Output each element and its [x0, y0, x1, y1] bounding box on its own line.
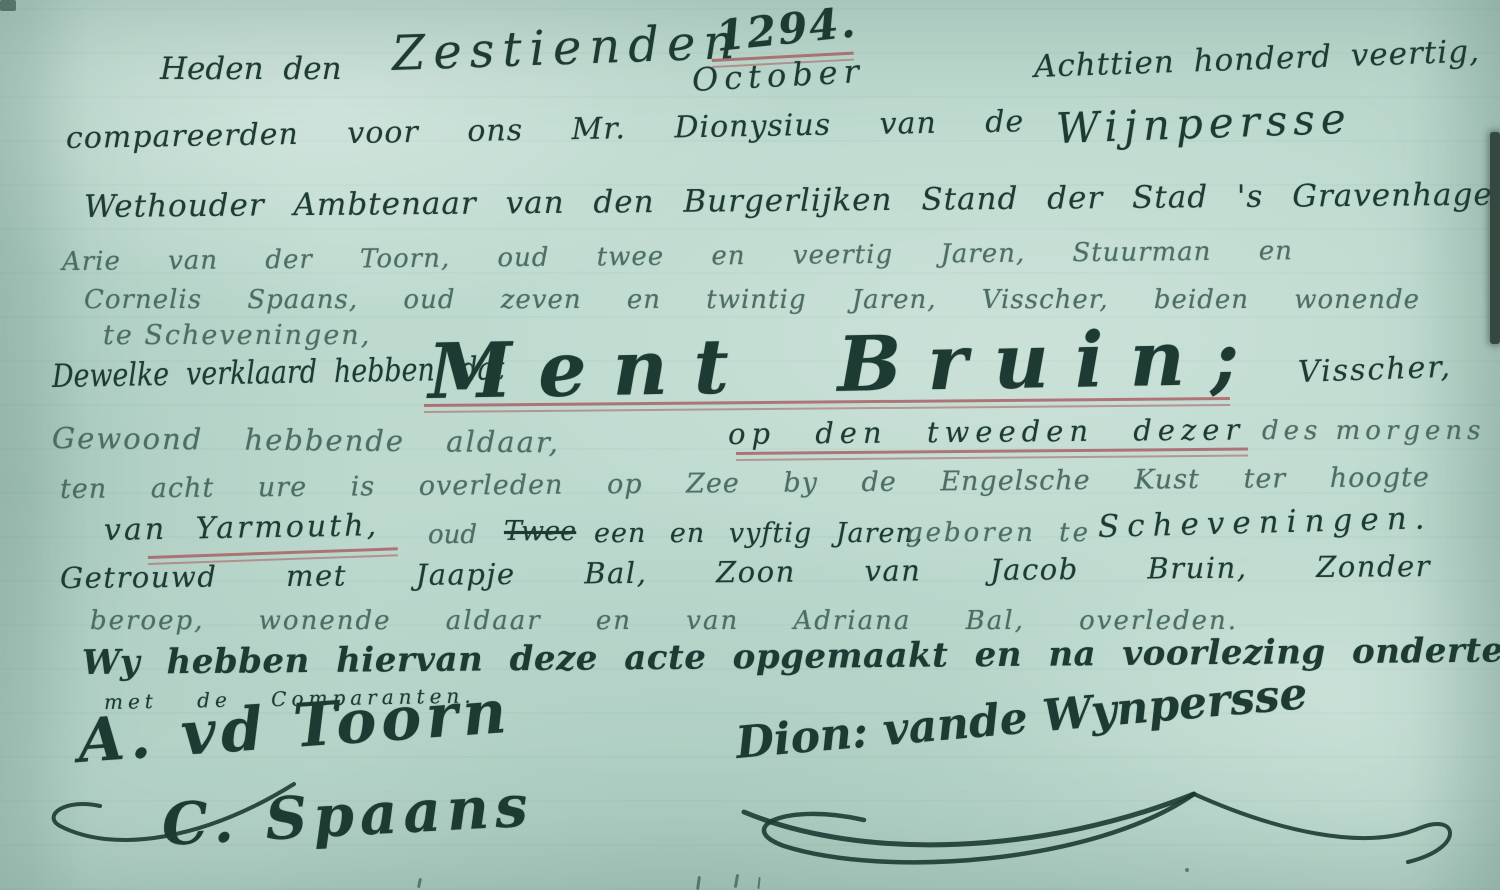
death-circumstances: ten acht ure is overleden op Zee by de E…	[60, 464, 1430, 503]
official-title-line: Wethouder Ambtenaar van den Burgerlijken…	[84, 179, 1500, 223]
official-surname: Wijnpersse	[1055, 98, 1352, 150]
signature-declarant-2: C. Spaans	[160, 777, 534, 854]
deceased-name: Ment Bruin;	[427, 319, 1265, 410]
death-place-phrase: van Yarmouth,	[104, 511, 380, 546]
death-time-suffix: des morgens	[1262, 418, 1486, 444]
signature-official: Dion: vande Wynpersse	[734, 672, 1309, 766]
family-line-2: beroep, wonende aldaar en van Adriana Ba…	[90, 608, 1238, 634]
death-certificate-page: 1294. Heden den Zestienden October Achtt…	[0, 0, 1500, 890]
date-line-prefix: Heden den	[160, 54, 342, 85]
appearance-line-text: compareerden voor ons Mr. Dionysius van …	[66, 107, 1025, 154]
age-words: een en vyftig Jaren,	[594, 520, 924, 547]
date-line-year-words: Achttien honderd veertig,	[1033, 36, 1480, 83]
signature-official-flourish	[714, 776, 1494, 880]
declarant-line-1: Arie van der Toorn, oud twee en veertig …	[62, 238, 1293, 275]
deceased-occupation: Visscher,	[1297, 353, 1452, 388]
bottom-ink-mark-4	[757, 877, 760, 889]
death-place-prefix: van	[104, 512, 168, 548]
age-prefix: oud	[428, 522, 477, 548]
page-edge-shadow	[1490, 132, 1500, 344]
date-line-month: October	[691, 55, 865, 96]
corner-ink-mark	[0, 0, 16, 11]
bottom-ink-mark-1	[417, 878, 422, 888]
declarant-line-2: Cornelis Spaans, oud zeven en twintig Ja…	[84, 287, 1420, 313]
date-line-day: Zestienden	[391, 18, 743, 78]
death-place: Yarmouth,	[195, 508, 379, 546]
death-date-phrase: op den tweeden dezer	[728, 415, 1246, 449]
age-struck-word: Twee	[504, 518, 576, 545]
bottom-ink-dot	[1185, 868, 1189, 872]
bottom-ink-mark-2	[696, 876, 701, 890]
declarants-residence: te Scheveningen,	[103, 322, 371, 349]
resided-phrase: Gewoond hebbende aldaar,	[52, 424, 560, 457]
birth-prefix: geboren te	[906, 520, 1091, 546]
birth-place: Scheveningen.	[1098, 503, 1433, 543]
